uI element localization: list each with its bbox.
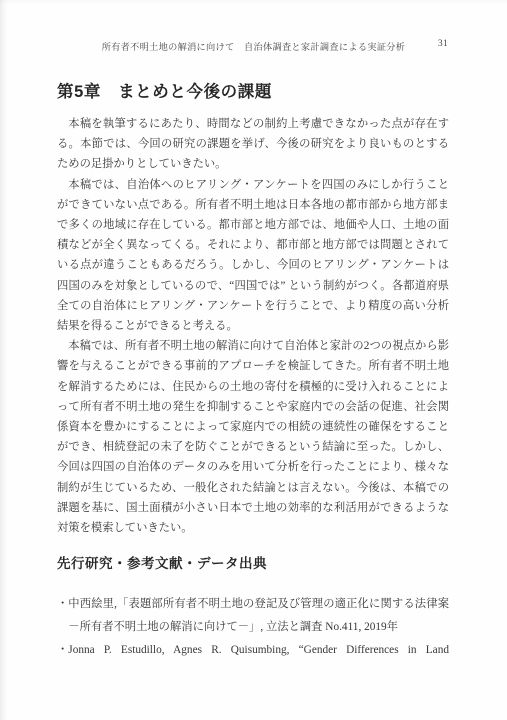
references-heading: 先行研究・参考文献・データ出典	[57, 552, 267, 572]
reference-text-2: Jonna P. Estudillo, Agnes R. Quisumbing,…	[68, 644, 449, 656]
reference-item-2: ・ Jonna P. Estudillo, Agnes R. Quisumbin…	[57, 639, 449, 662]
page-number: 31	[438, 39, 448, 49]
document-page: 所有者不明土地の解消に向けて 自治体調査と家計調査による実証分析 31 第5章 …	[0, 0, 507, 720]
paragraph-3: 本稿では、所有者不明土地の解消に向けて自治体と家計の2つの視点から影響を与えるこ…	[57, 336, 449, 538]
running-header: 所有者不明土地の解消に向けて 自治体調査と家計調査による実証分析 31	[0, 39, 507, 53]
references-list: ・ 中西絵里,「表題部所有者不明土地の登記及び管理の適正化に関する法律案－所有者…	[57, 593, 449, 662]
chapter-heading: 第5章 まとめと今後の課題	[57, 78, 272, 102]
reference-item-1: ・ 中西絵里,「表題部所有者不明土地の登記及び管理の適正化に関する法律案－所有者…	[57, 593, 449, 639]
running-header-title: 所有者不明土地の解消に向けて 自治体調査と家計調査による実証分析	[102, 42, 406, 52]
paragraph-1: 本稿を執筆するにあたり、時間などの制約上考慮できなかった点が存在する。本節では、…	[57, 114, 449, 175]
bullet-marker: ・	[57, 593, 68, 616]
body-text: 本稿を執筆するにあたり、時間などの制約上考慮できなかった点が存在する。本節では、…	[57, 114, 449, 538]
bullet-marker: ・	[57, 639, 68, 662]
paragraph-2: 本稿では、自治体へのヒアリング・アンケートを四国のみにしか行うことができていない…	[57, 175, 449, 337]
reference-text-1: 中西絵里,「表題部所有者不明土地の登記及び管理の適正化に関する法律案－所有者不明…	[68, 598, 449, 633]
